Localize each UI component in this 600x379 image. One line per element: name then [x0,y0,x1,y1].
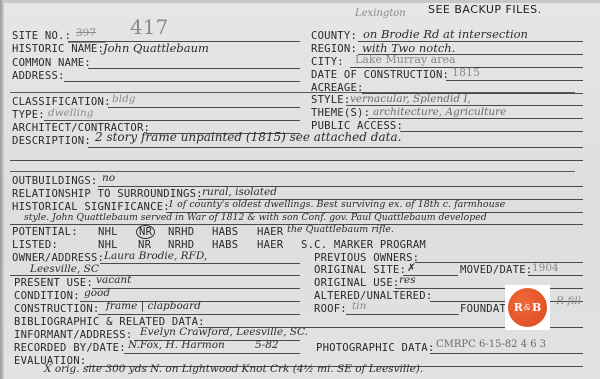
classification-value: bldg [112,93,136,105]
date-of-construction-value: 1815 [452,67,480,79]
description-line [88,147,583,148]
city-label: CITY: [311,56,344,68]
condition-value: good [84,287,110,299]
recorded-by-label: RECORDED BY/DATE: [14,342,126,354]
site-no-value: 417 [130,16,168,38]
condition-label: CONDITION: [14,290,80,302]
evaluation-value: X orig. site 300 yds N. on Lightwood Kno… [44,363,423,375]
public-access-line [400,131,583,132]
roof-label: ROOF: [314,303,347,315]
foundation-label: FOUNDAT [460,303,506,315]
historic-name-label: HISTORIC NAME: [12,43,104,55]
site-no-struck-value: 397 [76,27,96,39]
historical-significance-line-3: the Quattlebaum rifle. [287,224,394,236]
photographic-data-value: CMRPC 6-15-82 4 6 3 [436,339,546,351]
original-use-label: ORIGINAL USE: [314,277,400,289]
divider-1 [10,92,575,93]
themes-label: THEME(S): [311,107,370,119]
recorded-date-value: 5-82 [255,339,279,351]
themes-line [368,118,583,119]
address-label: ADDRESS: [12,70,65,82]
style-label: STYLE: [311,94,350,106]
owner-address-line-2: Leesville, SC [30,263,99,275]
potential-nr-selected[interactable]: NR [136,225,155,239]
description-label: DESCRIPTION: [12,135,91,147]
listed-habs[interactable]: HABS [212,239,238,251]
moved-date-value: 1904 [532,262,559,274]
type-line [44,120,300,121]
present-use-label: PRESENT USE: [14,277,93,289]
owner-address-rule [100,263,300,264]
listed-label: LISTED: [12,239,58,251]
present-use-line [92,288,300,289]
recorded-by-line [124,353,300,354]
informant-label: INFORMANT/ADDRESS: [14,329,132,341]
foundation-value: R fill [556,295,581,307]
original-use-value: res [399,274,416,286]
logo-letter-r: R [514,301,523,314]
marker-program-label: S.C. MARKER PROGRAM [301,239,426,251]
informant-value: Evelyn Crawford, Leesville, SC. [140,326,308,338]
moved-date-line [528,275,583,276]
roof-line [346,314,459,315]
moved-date-label: MOVED/DATE: [460,264,532,276]
date-of-construction-label: DATE OF CONSTRUCTION: [311,69,449,81]
owner-address-rule-2 [10,275,300,276]
themes-value: architecture, Agriculture [373,106,506,118]
original-use-line [395,288,583,289]
potential-haer[interactable]: HAER [257,226,283,238]
historic-site-card: SEE BACKUP FILES. SITE NO.: 397 417 HIST… [0,0,600,379]
construction-value: frame | clapboard [106,300,201,312]
historical-significance-line-2: style. John Quattlebaum served in War of… [24,212,487,224]
city-value: Lake Murray area [355,54,456,66]
relationship-value: rural, isolated [202,186,277,198]
historic-name-line [68,41,300,42]
recorded-by-value: N.Fox, H. Harmon [128,339,225,351]
card-left-edge [0,0,4,379]
public-access-label: PUBLIC ACCESS: [311,120,403,132]
classification-line [108,107,300,108]
county-value: on Brodie Rd at intersection [363,28,528,40]
potential-label: POTENTIAL: [12,226,78,238]
logo-ampersand: & [524,303,531,312]
county-annotation: Lexington [355,8,406,20]
outbuildings-line [98,186,583,187]
county-label: COUNTY: [311,30,357,42]
present-use-value: vacant [96,274,131,286]
photographic-data-label: PHOTOGRAPHIC DATA: [316,342,434,354]
outbuildings-value: no [102,172,115,184]
construction-line [98,314,300,315]
common-name-line [88,68,300,69]
construction-label: CONSTRUCTION: [14,303,100,315]
region-label: REGION: [311,43,357,55]
description-extra-line [10,160,583,161]
type-value: dwelling [48,107,93,119]
see-backup-files-note: SEE BACKUP FILES. [428,4,542,16]
potential-nhl[interactable]: NHL [98,226,118,238]
roof-value: tin [352,300,366,312]
rb-logo: R&B [508,288,547,327]
address-line [64,81,300,82]
historic-name-value: John Quattlebaum [103,42,209,54]
potential-habs[interactable]: HABS [212,226,238,238]
date-of-construction-line [446,80,583,81]
listed-haer[interactable]: HAER [257,239,283,251]
description-value: 2 story frame unpainted (1815) see attac… [95,131,401,143]
potential-nrhd[interactable]: NRHD [168,226,194,238]
historical-significance-line-1: 1 of county's oldest dwellings. Best sur… [168,199,505,211]
divider-2 [10,171,575,172]
altered-label: ALTERED/UNALTERED: [314,290,432,302]
site-no-label: SITE NO.: [12,30,71,42]
common-name-label: COMMON NAME: [12,57,91,69]
previous-owners-label: PREVIOUS OWNERS: [314,252,419,264]
photographic-data-line [430,353,583,354]
original-site-value: ✗ [407,262,416,274]
logo-letter-b: B [532,301,541,314]
original-site-label: ORIGINAL SITE: [314,264,406,276]
style-value: vernacular, Splendid I, [350,93,471,105]
owner-address-line-1: Laura Brodie, RFD, [104,250,207,262]
type-label: TYPE: [12,109,45,121]
outbuildings-label: OUTBUILDINGS: [12,175,98,187]
